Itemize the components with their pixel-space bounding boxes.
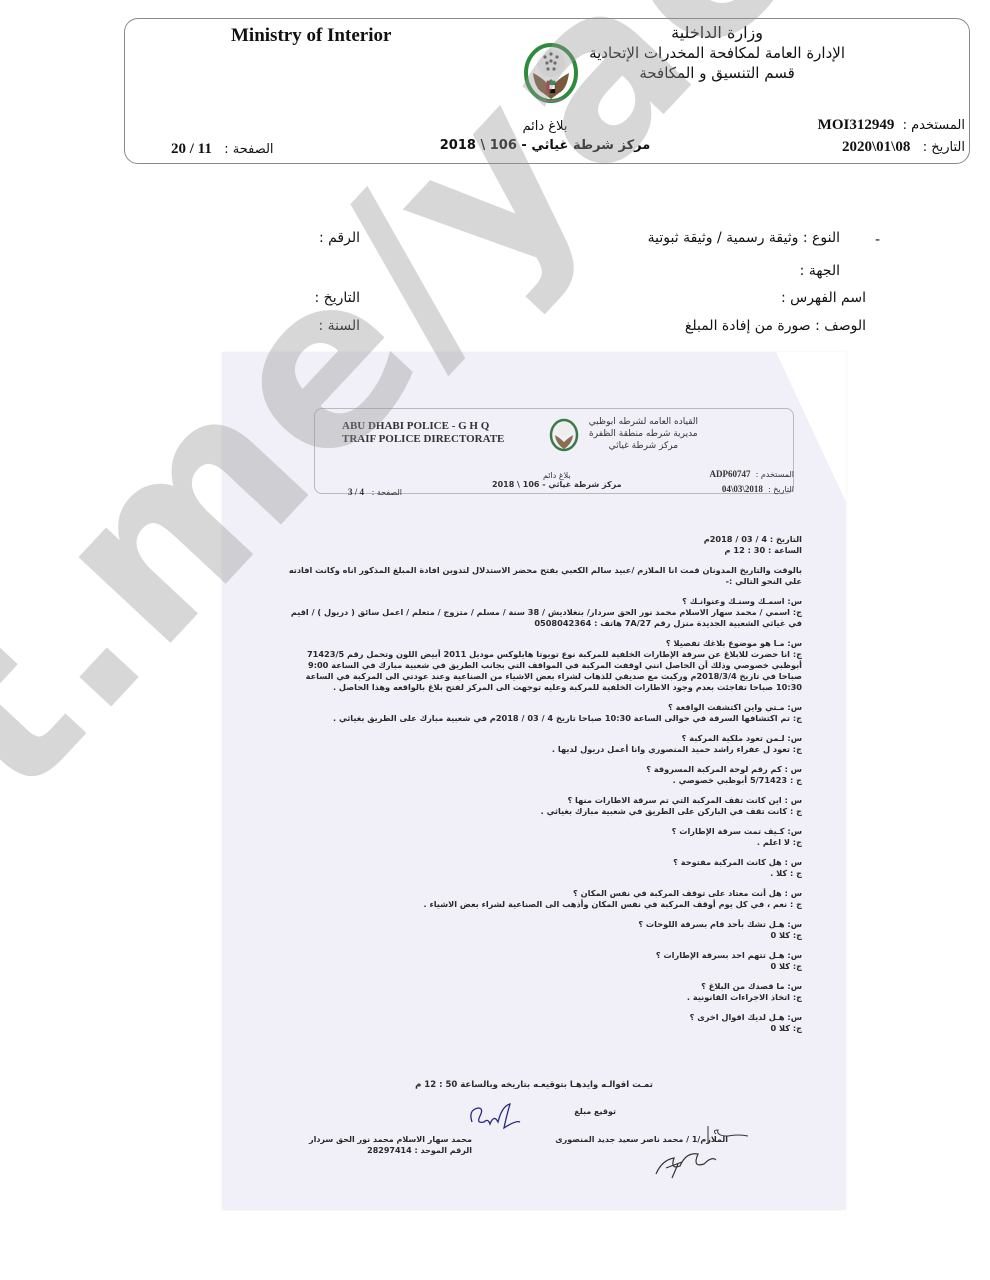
answer: ج : كانت تقف في الباركن على الطريق في شع…	[282, 806, 802, 817]
page-indicator: الصفحة : 20 / 11	[171, 141, 274, 158]
answer: ج: كلا 0	[282, 961, 802, 972]
answer: ج: تعود ل عفراء راشد حميد المنصوري وانا …	[282, 744, 802, 755]
report-info: بلاغ دائم مركز شرطة غياثي - 106 \ 2018	[425, 117, 665, 155]
qa-item: س: مـتي واين اكتشفت الواقعة ؟ج: تم اكتشا…	[282, 702, 802, 724]
meta-bullet: -	[875, 232, 880, 248]
description-label: الوصف :	[815, 318, 866, 334]
question: س: لـمن تعود ملكية المركبة ؟	[282, 733, 802, 744]
type-value: وثيقة رسمية / وثيقة ثبوتية	[648, 230, 799, 246]
scan-en-line-2: TRAIF POLICE DIRECTORATE	[342, 433, 504, 446]
department-name-ar: الإدارة العامة لمكافحة المخدرات الإتحادي…	[589, 43, 845, 63]
statement-body: التاريخ : 4 / 03 / 2018م الساعة : 30 : 1…	[282, 534, 802, 1034]
answer: ج : 5/71423 أبوظبي خصوصي .	[282, 775, 802, 786]
scan-date-row: التاريخ : 2018\03\04	[722, 484, 794, 494]
report-type: بلاغ دائم	[425, 117, 665, 136]
answer: ج: اسمي / محمد سهار الاسلام محمد نور الح…	[282, 607, 802, 629]
answer: ج: لا اعلم .	[282, 837, 802, 848]
scan-page-label: الصفحة :	[372, 488, 402, 497]
question: س: هـل تشك بأحد قام بسرقة اللوحات ؟	[282, 919, 802, 930]
statement-intro: بالوقت والتاريخ المدونان قمت انا الملازم…	[282, 565, 802, 587]
user-label: المستخدم :	[903, 118, 965, 133]
date-value: 2020\01\08	[842, 139, 910, 155]
scan-date-value: 2018\03\04	[722, 484, 763, 494]
answer: ج : نعم ، في كل يوم أوقف المركبة في نفس …	[282, 899, 802, 910]
qa-item: س: هـل لديك اقوال اخرى ؟ج: كلا 0	[282, 1012, 802, 1034]
signer-name: محمد سهار الاسلام محمد نور الحق سردار	[309, 1134, 472, 1145]
user-value: MOI312949	[818, 117, 895, 133]
qa-item: س: هـل تتهم احد بسرقة الإطارات ؟ج: كلا 0	[282, 950, 802, 972]
scan-report-type: بلاغ دائم	[492, 471, 622, 480]
qa-item: س : هل كانت المركبة مفتوحة ؟ج : كلا .	[282, 857, 802, 879]
page-label: الصفحة :	[224, 142, 273, 157]
officer-name: الملازم/1 / محمد ناصر سعيد جديد المنصورى	[555, 1134, 728, 1145]
scan-ar-line-2: مديرية شرطه منطقة الظفرة	[589, 428, 698, 440]
question: س: هـل تتهم احد بسرقة الإطارات ؟	[282, 950, 802, 961]
scan-police-title-ar: القياده العامه لشرطه ابوظبي مديرية شرطه …	[589, 416, 698, 452]
signer-title: توقيع مبلغ	[574, 1106, 616, 1117]
scan-en-line-1: ABU DHABI POLICE - G H Q	[342, 420, 504, 433]
qa-item: س: مـا هو موضوع بلاغك تفصيلا ؟ج: انا حضر…	[282, 638, 802, 693]
uae-eagle-emblem-icon	[523, 43, 579, 105]
type-label: النوع :	[803, 230, 840, 246]
user-row: المستخدم : MOI312949	[818, 117, 965, 134]
complainant-signature-icon	[466, 1100, 522, 1132]
description-value: صورة من إفادة المبلغ	[685, 318, 811, 334]
meta-description: الوصف : صورة من إفادة المبلغ	[685, 318, 866, 334]
signer-id: الرقم الموحد : 28297414	[309, 1145, 472, 1156]
ministry-title-en: Ministry of Interior	[231, 25, 391, 47]
qa-item: س: لـمن تعود ملكية المركبة ؟ج: تعود ل عف…	[282, 733, 802, 755]
answer: ج: كلا 0	[282, 930, 802, 941]
scan-ar-line-1: القياده العامه لشرطه ابوظبي	[589, 416, 698, 428]
question: س : اين كانت تقف المركبة التي تم سرقة ال…	[282, 795, 802, 806]
scan-report-ref: مركز شرطة غياثي - 106 \ 2018	[492, 480, 622, 489]
scan-page-value: 4 / 3	[348, 487, 364, 497]
scan-page-row: الصفحة : 4 / 3	[348, 487, 402, 497]
qa-list: س: اسمـك وسنـك وعنوانـك ؟ج: اسمي / محمد …	[282, 596, 802, 1034]
answer: ج: انا حضرت للابلاغ عن سرقة الإطارات الخ…	[282, 649, 802, 693]
answer: ج: اتخاذ الاجراءات القانونية .	[282, 992, 802, 1003]
signer-details: محمد سهار الاسلام محمد نور الحق سردار ال…	[309, 1134, 472, 1156]
ministry-title-ar: وزارة الداخلية الإدارة العامة لمكافحة ال…	[589, 23, 845, 83]
qa-item: س : هل أنت معتاد على توقف المركبة في نفس…	[282, 888, 802, 910]
answer: ج: كلا 0	[282, 1023, 802, 1034]
question: س : هل أنت معتاد على توقف المركبة في نفس…	[282, 888, 802, 899]
question: س: اسمـك وسنـك وعنوانـك ؟	[282, 596, 802, 607]
scan-user-label: المستخدم :	[756, 470, 794, 479]
date-label: التاريخ :	[923, 140, 965, 155]
index-name-label: اسم الفهرس :	[781, 290, 866, 306]
question: س : هل كانت المركبة مفتوحة ؟	[282, 857, 802, 868]
statement-date: التاريخ : 4 / 03 / 2018م	[282, 534, 802, 545]
officer-mark-icon	[704, 1124, 754, 1146]
qa-item: س : اين كانت تقف المركبة التي تم سرقة ال…	[282, 795, 802, 817]
question: س: مـتي واين اكتشفت الواقعة ؟	[282, 702, 802, 713]
qa-item: س : كم رقم لوحة المركبة المسروقة ؟ج : 5/…	[282, 764, 802, 786]
statement-time: الساعة : 30 : 12 م	[282, 545, 802, 556]
meta-type: النوع : وثيقة رسمية / وثيقة ثبوتية	[648, 230, 840, 246]
answer: ج: تم اكتشافها السرقة في حوالى الساعة 10…	[282, 713, 802, 724]
scan-user-row: المستخدم : ADP60747	[710, 469, 794, 479]
entity-label: الجهة :	[800, 263, 840, 279]
answer: ج : كلا .	[282, 868, 802, 879]
question: س: ما قصدك من البلاغ ؟	[282, 981, 802, 992]
qa-item: س: كـيف تمت سرقة الإطارات ؟ج: لا اعلم .	[282, 826, 802, 848]
scan-user-value: ADP60747	[710, 469, 751, 479]
police-emblem-icon	[549, 418, 579, 452]
officer-signature-icon	[652, 1146, 722, 1180]
question: س : كم رقم لوحة المركبة المسروقة ؟	[282, 764, 802, 775]
question: س: هـل لديك اقوال اخرى ؟	[282, 1012, 802, 1023]
meta-date-label: التاريخ :	[314, 290, 360, 306]
year-label: السنة :	[318, 318, 360, 334]
qa-item: س: ما قصدك من البلاغ ؟ج: اتخاذ الاجراءات…	[282, 981, 802, 1003]
scanned-statement-page: ABU DHABI POLICE - G H Q TRAIF POLICE DI…	[222, 352, 846, 1210]
page-value: 20 / 11	[171, 141, 212, 157]
question: س: كـيف تمت سرقة الإطارات ؟	[282, 826, 802, 837]
document-header: Ministry of Interior وزارة الداخلية الإد…	[124, 18, 970, 164]
number-label: الرقم :	[319, 230, 360, 246]
scan-report-info: بلاغ دائم مركز شرطة غياثي - 106 \ 2018	[492, 471, 622, 489]
statement-closing: تمـت اقوالـه وايدهـا بتوقيعـه بتاريخه وب…	[222, 1080, 846, 1090]
scan-police-title-en: ABU DHABI POLICE - G H Q TRAIF POLICE DI…	[342, 420, 504, 446]
report-reference: مركز شرطة غياثي - 106 \ 2018	[425, 136, 665, 155]
section-name-ar: قسم التنسيق و المكافحة	[589, 63, 845, 83]
scan-date-label: التاريخ :	[768, 485, 794, 494]
scan-ar-line-3: مركز شرطة غياثي	[589, 440, 698, 452]
ministry-name-ar: وزارة الداخلية	[589, 23, 845, 43]
qa-item: س: اسمـك وسنـك وعنوانـك ؟ج: اسمي / محمد …	[282, 596, 802, 629]
date-row: التاريخ : 2020\01\08	[842, 139, 965, 156]
question: س: مـا هو موضوع بلاغك تفصيلا ؟	[282, 638, 802, 649]
qa-item: س: هـل تشك بأحد قام بسرقة اللوحات ؟ج: كل…	[282, 919, 802, 941]
